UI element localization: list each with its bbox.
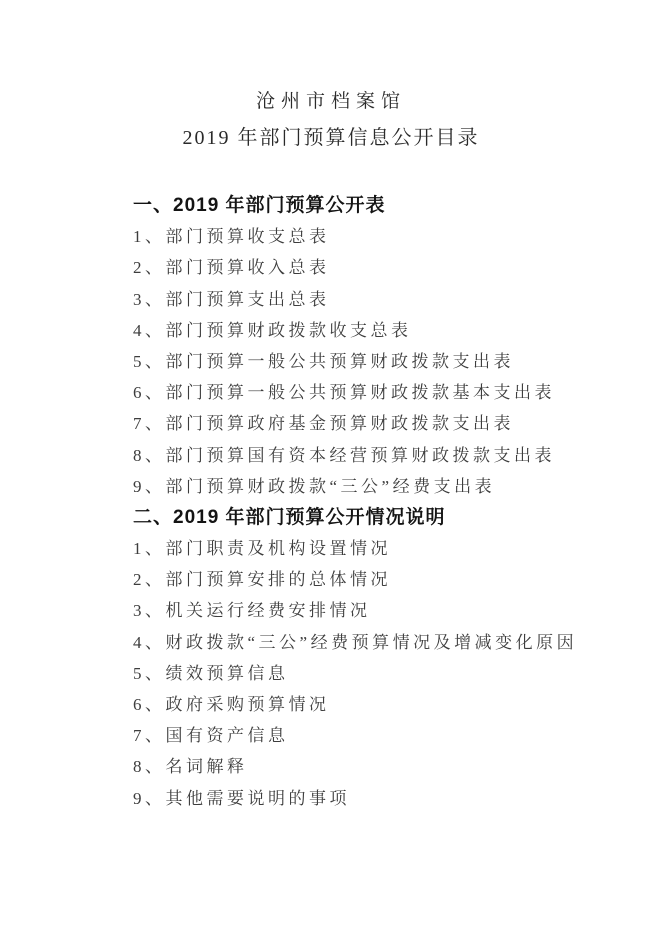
toc-item: 2、部门预算安排的总体情况 <box>133 564 642 595</box>
toc-item: 7、国有资产信息 <box>133 720 642 751</box>
document-subtitle: 2019 年部门预算信息公开目录 <box>0 121 662 150</box>
toc-item: 6、政府采购预算情况 <box>133 689 642 720</box>
toc-item: 9、部门预算财政拨款“三公”经费支出表 <box>133 471 642 502</box>
toc-item: 1、部门职责及机构设置情况 <box>133 533 642 564</box>
toc-item: 2、部门预算收入总表 <box>133 252 642 283</box>
toc-item: 7、部门预算政府基金预算财政拨款支出表 <box>133 408 642 439</box>
section-heading-budget-tables: 一、2019 年部门预算公开表 <box>133 190 642 221</box>
toc-item: 5、部门预算一般公共预算财政拨款支出表 <box>133 346 642 377</box>
document-title: 沧州市档案馆 <box>0 86 662 113</box>
toc-item: 3、机关运行经费安排情况 <box>133 595 642 626</box>
toc-item: 4、部门预算财政拨款收支总表 <box>133 315 642 346</box>
toc-item: 6、部门预算一般公共预算财政拨款基本支出表 <box>133 377 642 408</box>
toc-item: 3、部门预算支出总表 <box>133 284 642 315</box>
toc-content: 一、2019 年部门预算公开表 1、部门预算收支总表 2、部门预算收入总表 3、… <box>133 190 642 814</box>
toc-item: 8、部门预算国有资本经营预算财政拨款支出表 <box>133 440 642 471</box>
section-heading-budget-notes: 二、2019 年部门预算公开情况说明 <box>133 502 642 533</box>
toc-item: 8、名词解释 <box>133 751 642 782</box>
toc-item: 5、绩效预算信息 <box>133 658 642 689</box>
document-page: 沧州市档案馆 2019 年部门预算信息公开目录 一、2019 年部门预算公开表 … <box>0 0 662 936</box>
toc-item: 4、财政拨款“三公”经费预算情况及增减变化原因 <box>133 627 642 658</box>
toc-item: 1、部门预算收支总表 <box>133 221 642 252</box>
toc-item: 9、其他需要说明的事项 <box>133 783 642 814</box>
